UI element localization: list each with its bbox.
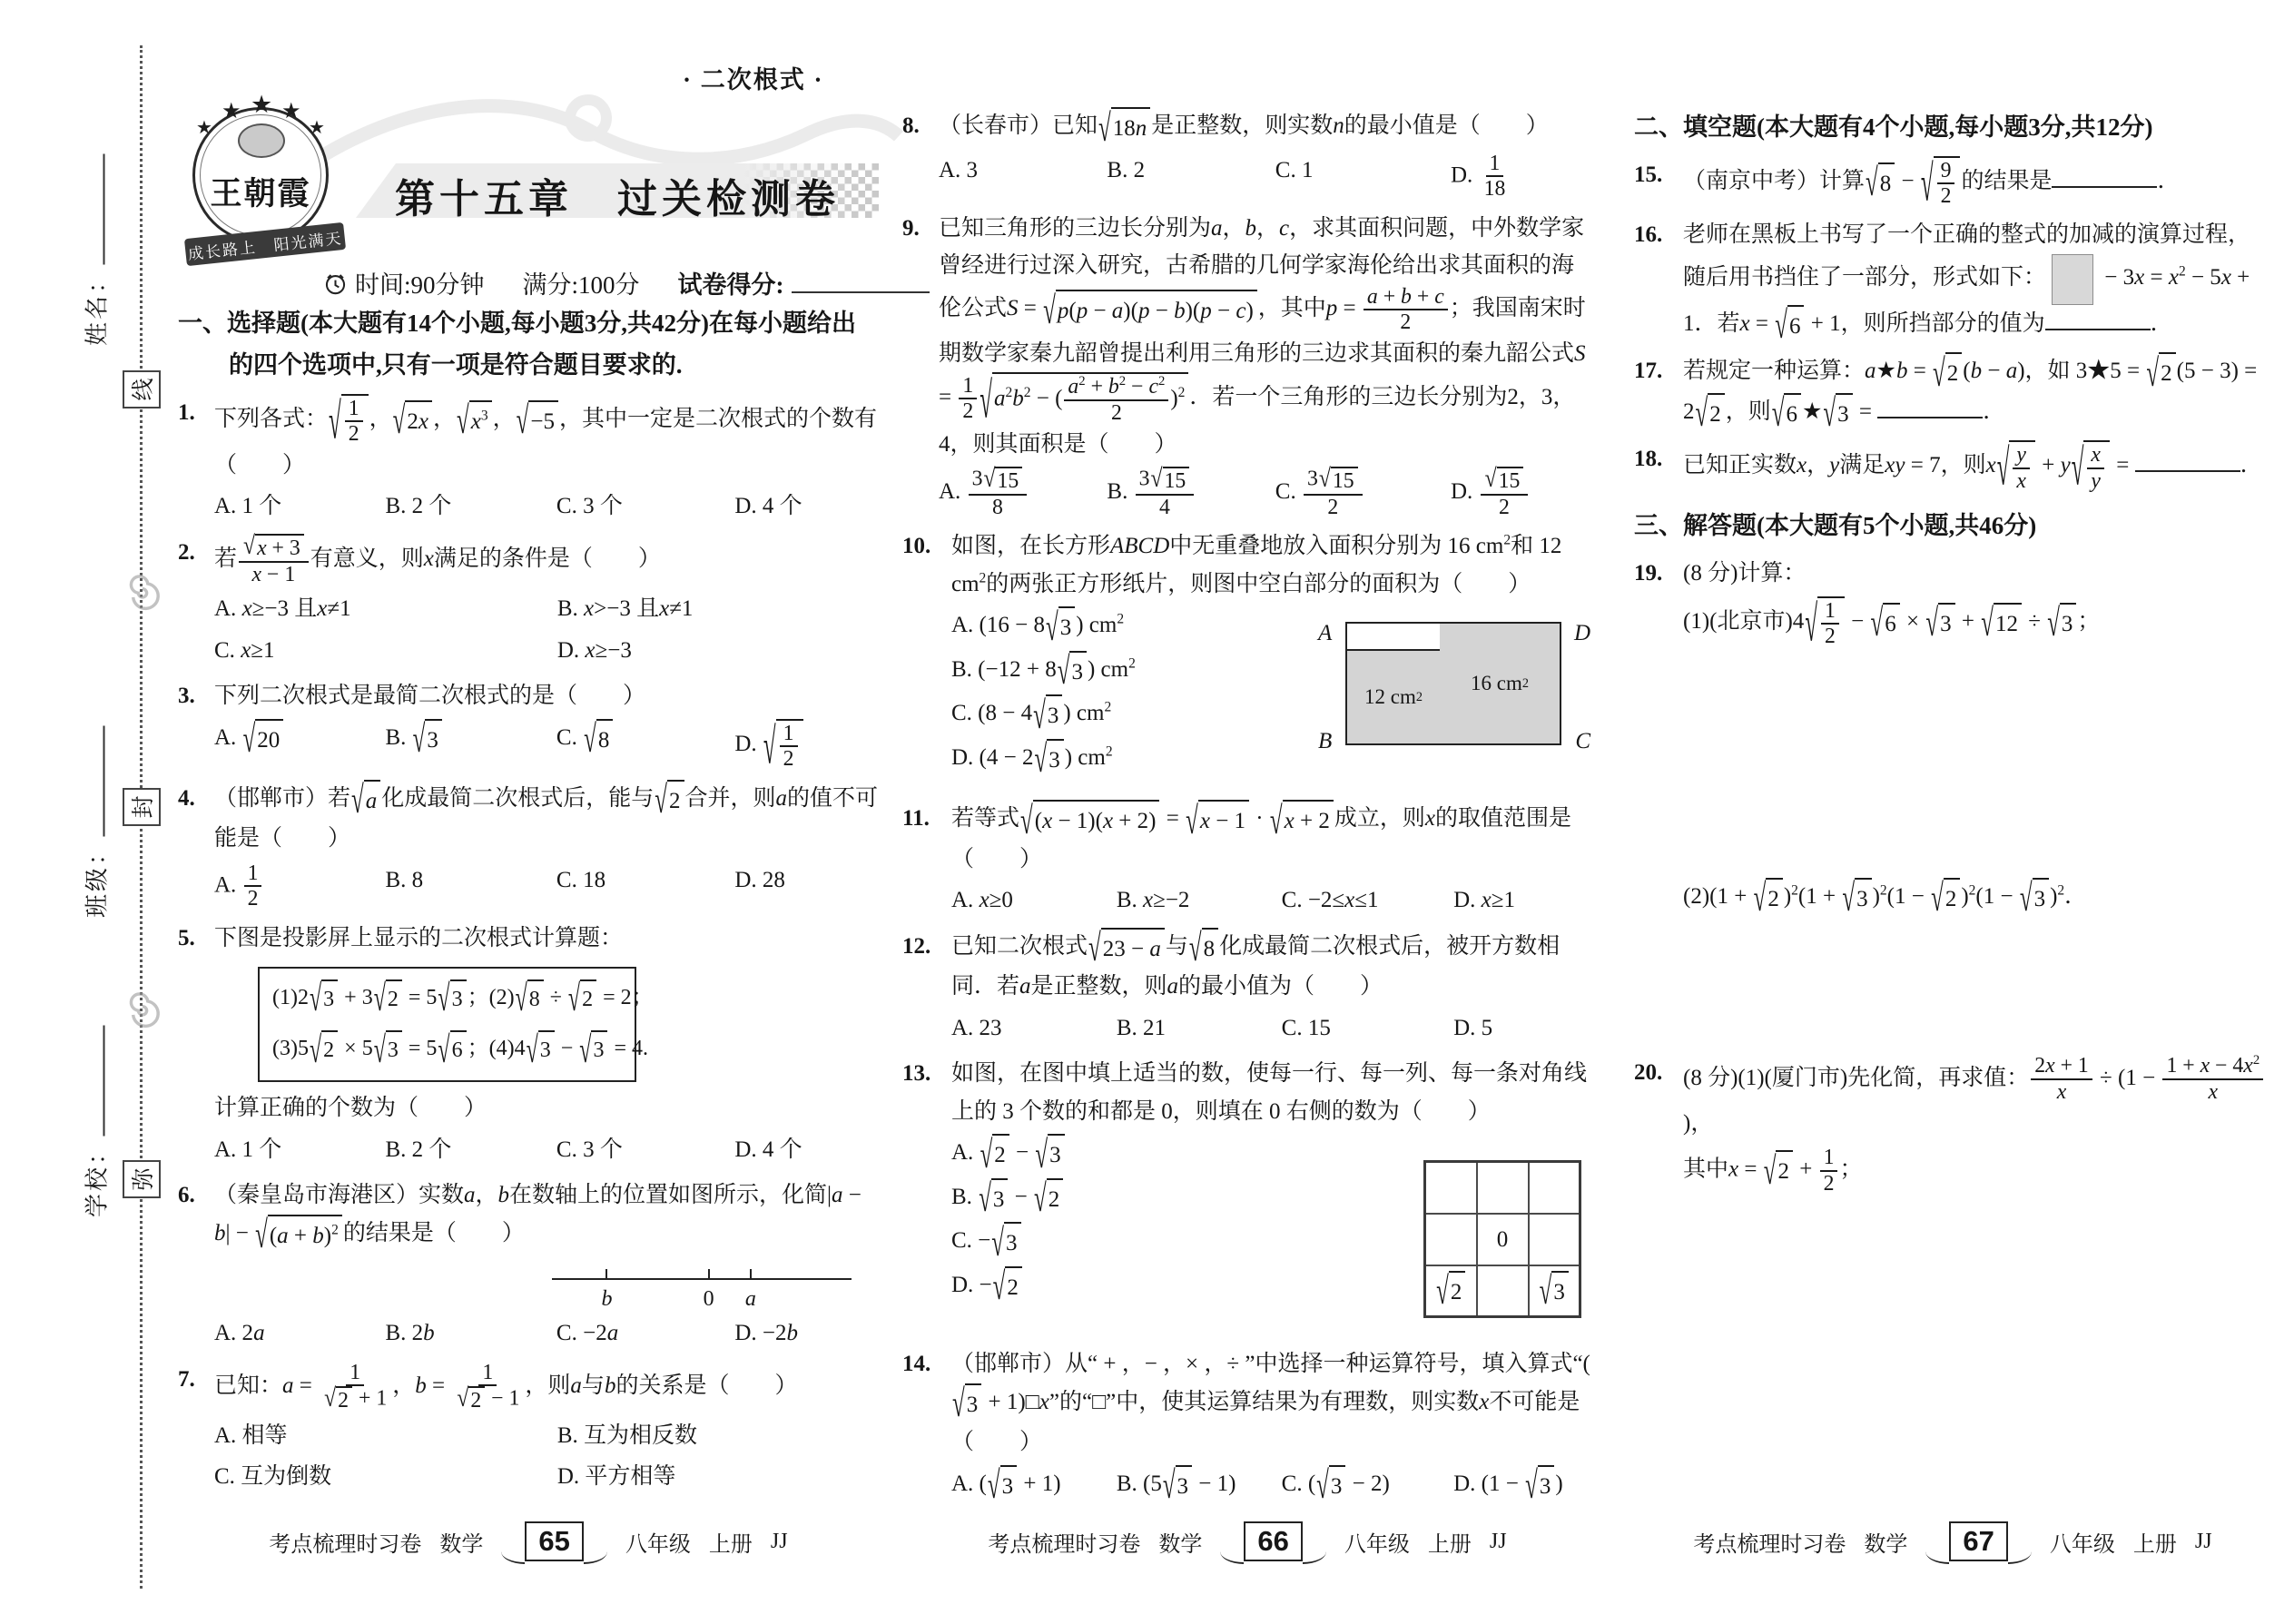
footer-grade: 八年级 — [1344, 1526, 1410, 1558]
rectangle-ABCD: 12 cm216 cm2 — [1345, 622, 1561, 745]
option: C. 18 — [556, 861, 729, 912]
question-text: 下列二次根式是最简二次根式的是（ ） — [214, 684, 645, 708]
page-number: 65 — [525, 1521, 583, 1561]
option: A. √20 — [214, 718, 379, 773]
options: A. √2 − √3B. √3 − √2C. −√3D. −√2 — [951, 1133, 1323, 1307]
star-icon: ★ — [251, 91, 272, 119]
footer-grade: 八年级 — [2050, 1526, 2115, 1558]
options: A. x≥−3 且x≠1B. x>−3 且x≠1C. x≥1D. x≥−3 — [214, 589, 879, 670]
option: C. −2≤x≤1 — [1282, 881, 1448, 920]
question-number: 10. — [902, 527, 930, 566]
chapter-title: 第十五章 过关检测卷 — [356, 166, 879, 224]
corner-label-B: B — [1318, 723, 1332, 761]
logo-portrait — [238, 123, 285, 158]
option: A. x≥0 — [951, 881, 1111, 920]
corner-label-C: C — [1575, 723, 1590, 761]
option: D. 28 — [734, 861, 879, 912]
grid-cell — [1425, 1214, 1477, 1265]
option: C. 1 — [1275, 151, 1445, 202]
options: A. 相等B. 互为相反数C. 互为倒数D. 平方相等 — [214, 1416, 879, 1497]
star-icon: ★ — [309, 116, 325, 139]
option: D. 118 — [1451, 151, 1592, 202]
section-1-heading: 一、选择题(本大题有14个小题,每小题3分,共42分)在每小题给出的四个选项中,… — [178, 303, 879, 387]
options: A. (16 − 8√3) cm2B. (−12 + 8√3) cm2C. (8… — [951, 605, 1323, 780]
question-7: 7.已知：a = 1√2 + 1，b = 1√2 − 1，则a与b的关系是（ ）… — [178, 1361, 879, 1497]
question-text: （南京中考）计算√8 − √92的结果是． — [1683, 169, 2181, 193]
question-number: 14. — [902, 1345, 930, 1383]
options: A. 3B. 2C. 1D. 118 — [939, 151, 1592, 202]
square-12cm2: 12 cm2 — [1347, 649, 1442, 743]
question-19: 19.(8 分)计算：(1)(北京市)4√12 − √6 × √3 + √12 … — [1634, 555, 2271, 918]
option: C. √8 — [556, 718, 729, 773]
calc-item: (3)5√2 × 5√3 = 5√6； — [272, 1030, 489, 1069]
seal-char-text: 线 — [125, 379, 158, 401]
footer-edition: JJ — [1490, 1530, 1507, 1554]
question-1: 1.下列各式：√12，√2x，√x3，√−5，其中一定是二次根式的个数有（ ）A… — [178, 394, 879, 527]
grid-cell — [1477, 1162, 1529, 1214]
options: A. 1 个B. 2 个C. 3 个D. 4 个 — [214, 487, 879, 527]
section-1-questions: 1.下列各式：√12，√2x，√x3，√−5，其中一定是二次根式的个数有（ ）A… — [178, 394, 879, 1497]
question-3: 3.下列二次根式是最简二次根式的是（ ）A. √20B. √3C. √8D. √… — [178, 677, 879, 773]
page-number-badge: 66 — [1220, 1521, 1325, 1561]
section-3-questions: 19.(8 分)计算：(1)(北京市)4√12 − √6 × √3 + √12 … — [1634, 555, 2271, 1196]
number-line-tick — [750, 1269, 752, 1279]
page-footer: 考点梳理时习卷 数学 67 八年级 上册 JJ — [1634, 1521, 2271, 1561]
exam-full-score: 满分:100分 — [523, 265, 640, 300]
section-1-questions-continued: 8.（长春市）已知√18n是正整数，则实数n的最小值是（ ）A. 3B. 2C.… — [902, 107, 1592, 1506]
question-13: 13.如图，在图中填上适当的数，使每一行、每一列、每一条对角线上的 3 个数的和… — [902, 1055, 1592, 1338]
star-icon: ★ — [222, 98, 241, 124]
corner-label-D: D — [1574, 615, 1590, 653]
number-line-label: 0 — [704, 1282, 714, 1318]
question-number: 1. — [178, 394, 195, 432]
corner-label-A: A — [1318, 615, 1332, 653]
grid-cell — [1477, 1265, 1529, 1317]
question-text: 如图，在图中填上适当的数，使每一行、每一列、每一条对角线上的 3 个数的和都是 … — [951, 1061, 1587, 1124]
option: A. 2a — [214, 1314, 379, 1353]
question-text: （邯郸市）若√a化成最简二次根式后，能与√2合并，则a的值不可能是（ ） — [214, 786, 878, 851]
question-part: (2)(1 + √2)2(1 + √3)2(1 − √2)2(1 − √3)2． — [1683, 878, 2271, 919]
question-text: 若√x + 3x − 1有意义，则x满足的条件是（ ） — [214, 546, 661, 571]
option: D. −√2 — [951, 1265, 1323, 1308]
question-text: 若等式√(x − 1)(x + 2) = √x − 1 · √x + 2成立，则… — [951, 806, 1571, 871]
question-2: 2.若√x + 3x − 1有意义，则x满足的条件是（ ）A. x≥−3 且x≠… — [178, 534, 879, 670]
question-number: 3. — [178, 677, 195, 715]
square-16cm2: 16 cm2 — [1440, 624, 1560, 743]
seal-char-2: 封 — [123, 788, 161, 826]
question-text: （秦皇岛市海港区）实数a，b在数轴上的位置如图所示，化简|a − b| − √(… — [214, 1183, 861, 1245]
question-text: (8 分)计算： — [1683, 561, 1806, 586]
question-part: 其中x = √2 + 12； — [1683, 1146, 2271, 1196]
question-15: 15.（南京中考）计算√8 − √92的结果是． — [1634, 156, 2271, 209]
option: B. √3 − √2 — [951, 1177, 1323, 1220]
grid-cell: √3 — [1529, 1265, 1580, 1317]
exam-time: 时间:90分钟 — [355, 265, 485, 300]
option: C. −√3 — [951, 1221, 1323, 1264]
question-text: （邯郸市）从“ + ，− ，× ，÷ ”中选择一种运算符号，填入算式“(√3 +… — [951, 1352, 1590, 1454]
option: B. 21 — [1117, 1009, 1276, 1048]
grid-cell — [1529, 1162, 1580, 1214]
book-wing-icon — [584, 1551, 607, 1564]
grid-cell: 0 — [1477, 1214, 1529, 1265]
option: C. 3√152 — [1275, 466, 1445, 520]
book-wing-icon — [2008, 1551, 2032, 1564]
number-line-label: b — [601, 1282, 612, 1318]
options: A. 12B. 8C. 18D. 28 — [214, 861, 879, 912]
page-number: 67 — [1949, 1521, 2007, 1561]
question-6: 6.（秦皇岛市海港区）实数a，b在数轴上的位置如图所示，化简|a − b| − … — [178, 1176, 879, 1353]
number-line-label: a — [745, 1282, 756, 1318]
option: D. √152 — [1451, 466, 1592, 520]
footer-subject: 数学 — [1864, 1526, 1907, 1558]
question-text: 如图，在长方形ABCD中无重叠地放入面积分别为 16 cm2和 12 cm2的两… — [951, 534, 1561, 596]
score-label: 试卷得分: — [678, 265, 784, 300]
option: C. 3 个 — [556, 1130, 729, 1170]
option: B. √3 — [385, 718, 550, 773]
option: A. 3√158 — [939, 466, 1101, 520]
footer-edition: JJ — [771, 1530, 788, 1554]
question-text: 若规定一种运算：a★b = √2(b − a)，如 3★5 = √2(5 − 3… — [1683, 359, 2257, 424]
question-18: 18.已知正实数x，y满足xy = 7，则x√yx + y√xy = ． — [1634, 440, 2271, 493]
question-number: 12. — [902, 928, 930, 966]
footer-volume: 上册 — [1428, 1526, 1472, 1558]
seal-char-text: 弥 — [125, 1168, 158, 1191]
brand-logo: ★ ★ ★ ★ ★ 王朝霞 成长路上 阳光满天 — [180, 98, 361, 275]
column-2: 8.（长春市）已知√18n是正整数，则实数n的最小值是（ ）A. 3B. 2C.… — [902, 107, 1592, 1513]
option: B. 3√154 — [1107, 466, 1269, 520]
option: B. x≥−2 — [1117, 881, 1276, 920]
footer-brand: 考点梳理时习卷 — [269, 1526, 421, 1558]
option: D. 4 个 — [734, 1130, 879, 1170]
option: A. x≥−3 且x≠1 — [214, 589, 552, 629]
option: B. 2b — [385, 1314, 550, 1353]
option: A. 1 个 — [214, 1130, 379, 1170]
seal-char-3: 弥 — [123, 1160, 161, 1198]
name-blank-line — [84, 154, 104, 265]
question-text: 已知正实数x，y满足xy = 7，则x√yx + y√xy = ． — [1683, 453, 2263, 477]
question-number: 15. — [1634, 156, 1662, 194]
seal-char-1: 线 — [123, 370, 161, 408]
section-2-questions: 15.（南京中考）计算√8 − √92的结果是．16.老师在黑板上书写了一个正确… — [1634, 156, 2271, 493]
question-text: 已知三角形的三边长分别为a，b，c，求其面积问题，中外数学家曾经进行过深入研究，… — [939, 216, 1586, 457]
star-icon: ★ — [196, 116, 212, 139]
question-number: 19. — [1634, 555, 1662, 593]
question-text-continued: 计算正确的个数为（ ） — [214, 1089, 879, 1127]
class-blank-line — [84, 726, 104, 837]
number-line-figure: b0a — [552, 1258, 852, 1311]
question-14: 14.（邯郸市）从“ + ，− ，× ，÷ ”中选择一种运算符号，填入算式“(√… — [902, 1345, 1592, 1506]
question-text: 下列各式：√12，√2x，√x3，√−5，其中一定是二次根式的个数有（ ） — [214, 407, 877, 477]
section-3-heading: 三、解答题(本大题有5个小题,共46分) — [1634, 506, 2271, 547]
option: C. −2a — [556, 1314, 729, 1353]
projector-box: (1)2√3 + 3√2 = 5√3；(2)√8 ÷ √2 = 2；(3)5√2… — [258, 967, 636, 1083]
option: D. 平方相等 — [557, 1457, 879, 1497]
book-wing-icon — [1303, 1551, 1326, 1564]
question-text: 老师在黑板上书写了一个正确的整式的加减的演算过程，随后用书挡住了一部分，形式如下… — [1683, 222, 2250, 336]
question-number: 17. — [1634, 352, 1662, 390]
question-number: 5. — [178, 920, 195, 958]
column-3: 二、填空题(本大题有4个小题,每小题3分,共12分) 15.（南京中考）计算√8… — [1634, 107, 2271, 1203]
question-number: 11. — [902, 800, 930, 838]
option: D. (4 − 2√3) cm2 — [951, 738, 1323, 781]
option: D. x≥−3 — [557, 631, 879, 671]
page-number-badge: 67 — [1925, 1521, 2031, 1561]
options: A. x≥0B. x≥−2C. −2≤x≤1D. x≥1 — [951, 881, 1592, 920]
clock-icon — [323, 271, 348, 296]
option: D. √12 — [734, 718, 879, 773]
section-2-heading: 二、填空题(本大题有4个小题,每小题3分,共12分) — [1634, 107, 2271, 149]
options: A. 23B. 21C. 15D. 5 — [951, 1009, 1592, 1048]
options: A. 2aB. 2bC. −2aD. −2b — [214, 1314, 879, 1353]
swirl-watermark-icon — [122, 988, 163, 1034]
page-number: 66 — [1244, 1521, 1302, 1561]
page-corner-tag: · 二次根式 · — [683, 60, 824, 95]
school-field-label: 学校： — [79, 1013, 113, 1231]
option: A. 12 — [214, 861, 379, 912]
school-label: 学校： — [84, 1138, 111, 1217]
footer-subject: 数学 — [439, 1526, 483, 1558]
school-blank-line — [84, 1026, 104, 1137]
option: C. 3 个 — [556, 487, 729, 527]
question-11: 11.若等式√(x − 1)(x + 2) = √x − 1 · √x + 2成… — [902, 800, 1592, 920]
question-9: 9.已知三角形的三边长分别为a，b，c，求其面积问题，中外数学家曾经进行过深入研… — [902, 210, 1592, 521]
option: A. √2 − √3 — [951, 1133, 1323, 1176]
option: A. (√3 + 1) — [951, 1464, 1111, 1507]
footer-volume: 上册 — [709, 1526, 753, 1558]
chapter-title-banner: 第十五章 过关检测卷 — [356, 163, 879, 218]
option: B. 2 个 — [385, 1130, 550, 1170]
option: A. 相等 — [214, 1416, 552, 1456]
option: A. (16 − 8√3) cm2 — [951, 605, 1323, 648]
column-1: 一、选择题(本大题有14个小题,每小题3分,共42分)在每小题给出的四个选项中,… — [178, 303, 879, 1504]
logo-name: 王朝霞 — [192, 169, 329, 214]
grid-cell — [1425, 1162, 1477, 1214]
number-line-tick — [708, 1269, 710, 1279]
option: A. 3 — [939, 151, 1101, 202]
class-label: 班级： — [84, 839, 111, 918]
option: B. 8 — [385, 861, 550, 912]
question-number: 7. — [178, 1361, 195, 1399]
question-number: 8. — [902, 107, 920, 145]
option: B. 互为相反数 — [557, 1416, 879, 1456]
question-number: 13. — [902, 1055, 930, 1093]
option: A. 1 个 — [214, 487, 379, 527]
options: A. (√3 + 1)B. (5√3 − 1)C. (√3 − 2)D. (1 … — [951, 1464, 1592, 1507]
question-text: （长春市）已知√18n是正整数，则实数n的最小值是（ ） — [939, 113, 1549, 138]
grid-cell — [1529, 1214, 1580, 1265]
exam-info-bar: 时间:90分钟 满分:100分 试卷得分: — [323, 265, 930, 300]
option: C. (√3 − 2) — [1282, 1464, 1448, 1507]
footer-edition: JJ — [2195, 1530, 2212, 1554]
question-16: 16.老师在黑板上书写了一个正确的整式的加减的演算过程，随后用书挡住了一部分，形… — [1634, 216, 2271, 345]
magic-square-grid: 0√2√3 — [1423, 1160, 1581, 1318]
question-part: (1)(北京市)4√12 − √6 × √3 + √12 ÷ √3； — [1683, 596, 2271, 649]
option: A. 23 — [951, 1009, 1111, 1048]
option: C. (8 − 4√3) cm2 — [951, 694, 1323, 736]
option: D. 4 个 — [734, 487, 879, 527]
question-text: 已知二次根式√23 − a与√8化成最简二次根式后，被开方数相同．若a是正整数，… — [951, 934, 1560, 999]
options: A. 3√158B. 3√154C. 3√152D. √152 — [939, 466, 1592, 520]
class-field-label: 班级： — [79, 714, 113, 931]
option: D. (1 − √3) — [1453, 1464, 1592, 1507]
footer-brand: 考点梳理时习卷 — [1693, 1526, 1846, 1558]
number-line-tick — [605, 1269, 607, 1279]
rectangle-squares-figure: 12 cm216 cm2ADBC — [1316, 615, 1592, 767]
option: D. 5 — [1453, 1009, 1592, 1048]
book-wing-icon — [1220, 1551, 1244, 1564]
name-label: 姓名： — [84, 267, 111, 346]
swirl-watermark-icon — [122, 570, 163, 616]
book-wing-icon — [501, 1551, 525, 1564]
star-icon: ★ — [281, 98, 301, 124]
name-field-label: 姓名： — [79, 142, 113, 359]
question-number: 9. — [902, 210, 920, 248]
option: B. (−12 + 8√3) cm2 — [951, 650, 1323, 693]
question-number: 18. — [1634, 440, 1662, 478]
number-line — [552, 1278, 852, 1280]
page-number-badge: 65 — [501, 1521, 606, 1561]
option: D. −2b — [734, 1314, 879, 1353]
question-5: 5.下图是投影屏上显示的二次根式计算题：(1)2√3 + 3√2 = 5√3；(… — [178, 920, 879, 1169]
calc-item: (2)√8 ÷ √2 = 2； — [489, 979, 654, 1019]
question-20: 20.(8 分)(1)(厦门市)先化简，再求值：2x + 1x ÷ (1 − 1… — [1634, 1054, 2271, 1196]
page-footer: 考点梳理时习卷 数学 65 八年级 上册 JJ — [178, 1521, 879, 1561]
question-number: 2. — [178, 534, 195, 572]
option: B. 2 个 — [385, 487, 550, 527]
option: B. 2 — [1107, 151, 1269, 202]
option: B. (5√3 − 1) — [1117, 1464, 1276, 1507]
footer-volume: 上册 — [2133, 1526, 2177, 1558]
covered-box — [2052, 254, 2093, 305]
book-wing-icon — [1925, 1551, 1949, 1564]
calc-item: (1)2√3 + 3√2 = 5√3； — [272, 979, 489, 1019]
grid-cell: √2 — [1425, 1265, 1477, 1317]
calc-item: (4)4√3 − √3 = 4. — [489, 1030, 654, 1069]
seal-char-text: 封 — [125, 796, 158, 819]
question-17: 17.若规定一种运算：a★b = √2(b − a)，如 3★5 = √2(5 … — [1634, 352, 2271, 433]
question-text: 已知：a = 1√2 + 1，b = 1√2 − 1，则a与b的关系是（ ） — [214, 1373, 797, 1398]
options: A. 1 个B. 2 个C. 3 个D. 4 个 — [214, 1130, 879, 1170]
question-text: (8 分)(1)(厦门市)先化简，再求值：2x + 1x ÷ (1 − 1 + … — [1683, 1066, 2265, 1136]
option: C. 15 — [1282, 1009, 1448, 1048]
question-number: 16. — [1634, 216, 1662, 254]
option: C. 互为倒数 — [214, 1457, 552, 1497]
footer-subject: 数学 — [1158, 1526, 1202, 1558]
question-8: 8.（长春市）已知√18n是正整数，则实数n的最小值是（ ）A. 3B. 2C.… — [902, 107, 1592, 202]
question-number: 6. — [178, 1176, 195, 1215]
option: C. x≥1 — [214, 631, 552, 671]
footer-brand: 考点梳理时习卷 — [988, 1526, 1140, 1558]
footer-grade: 八年级 — [625, 1526, 691, 1558]
options: A. √20B. √3C. √8D. √12 — [214, 718, 879, 773]
question-12: 12.已知二次根式√23 − a与√8化成最简二次根式后，被开方数相同．若a是正… — [902, 928, 1592, 1048]
option: B. x>−3 且x≠1 — [557, 589, 879, 629]
question-text: 下图是投影屏上显示的二次根式计算题： — [214, 926, 623, 950]
question-4: 4.（邯郸市）若√a化成最简二次根式后，能与√2合并，则a的值不可能是（ ）A.… — [178, 780, 879, 912]
question-number: 20. — [1634, 1054, 1662, 1092]
page-footer: 考点梳理时习卷 数学 66 八年级 上册 JJ — [902, 1521, 1592, 1561]
question-10: 10.如图，在长方形ABCD中无重叠地放入面积分别为 16 cm2和 12 cm… — [902, 527, 1592, 792]
option: D. x≥1 — [1453, 881, 1592, 920]
question-number: 4. — [178, 780, 195, 818]
